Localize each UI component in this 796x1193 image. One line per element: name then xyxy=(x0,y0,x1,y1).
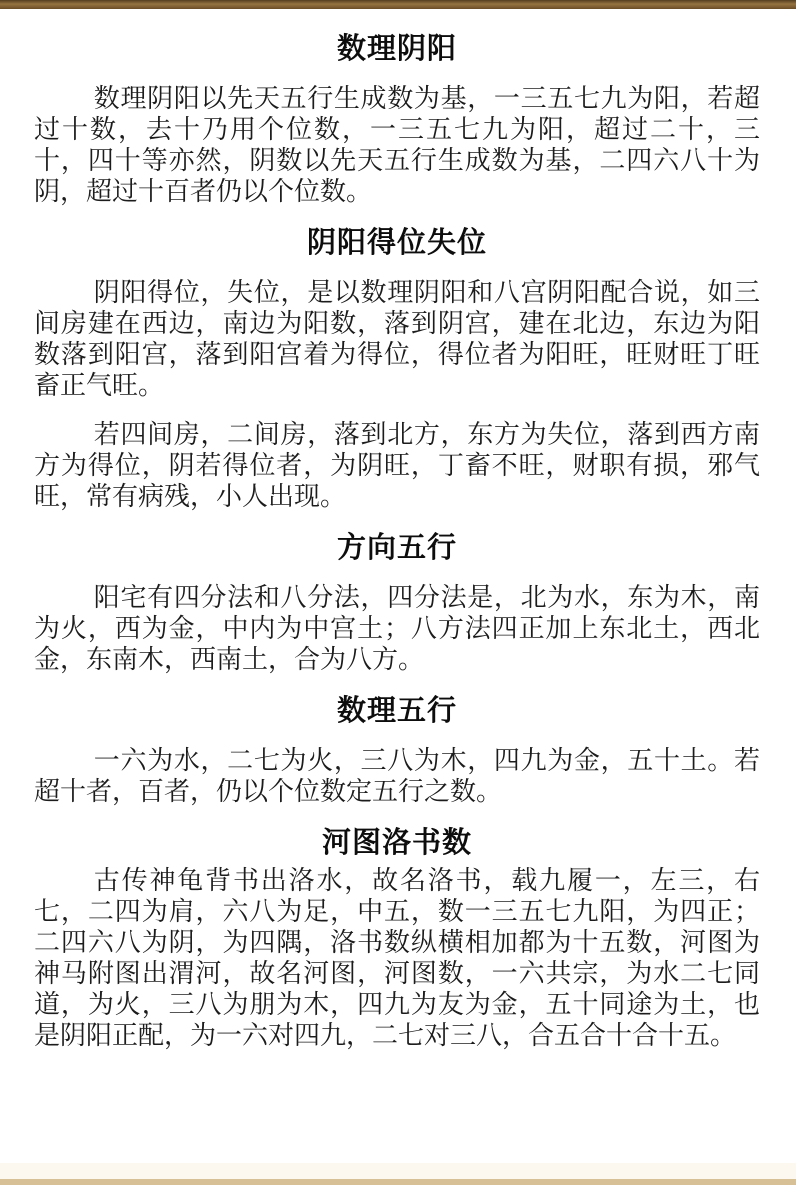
paragraph: 一六为水，二七为火，三八为木，四九为金，五十土。若超十者，百者，仍以个位数定五行… xyxy=(34,745,760,807)
bottom-cream-band xyxy=(0,1163,796,1179)
section-heading-shuli-yinyang: 数理阴阳 xyxy=(34,31,760,67)
bottom-border-bar xyxy=(0,1179,796,1185)
section-heading-fangxiang-wuxing: 方向五行 xyxy=(34,530,760,566)
paragraph: 若四间房，二间房，落到北方，东方为失位，落到西方南方为得位，阴若得位者，为阴旺，… xyxy=(34,419,760,512)
paragraph: 阳宅有四分法和八分法，四分法是，北为水，东为木，南为火，西为金，中内为中宫土；八… xyxy=(34,582,760,675)
bottom-border-area xyxy=(0,1163,796,1193)
document-page: 数理阴阳 数理阴阳以先天五行生成数为基，一三五七九为阳，若超过十数，去十乃用个位… xyxy=(0,0,796,1193)
paragraph: 古传神龟背书出洛水，故名洛书，载九履一，左三，右七，二四为肩，六八为足，中五，数… xyxy=(34,865,760,1051)
section-heading-yinyang-dewei-shiwei: 阴阳得位失位 xyxy=(34,225,760,261)
section-heading-shuli-wuxing: 数理五行 xyxy=(34,693,760,729)
top-border-bar xyxy=(0,0,796,9)
page-content: 数理阴阳 数理阴阳以先天五行生成数为基，一三五七九为阳，若超过十数，去十乃用个位… xyxy=(0,9,796,1069)
paragraph: 阴阳得位，失位，是以数理阴阳和八宫阴阳配合说，如三间房建在西边，南边为阳数，落到… xyxy=(34,277,760,401)
paragraph: 数理阴阳以先天五行生成数为基，一三五七九为阳，若超过十数，去十乃用个位数，一三五… xyxy=(34,83,760,207)
section-heading-hetu-luoshu-shu: 河图洛书数 xyxy=(34,825,760,861)
